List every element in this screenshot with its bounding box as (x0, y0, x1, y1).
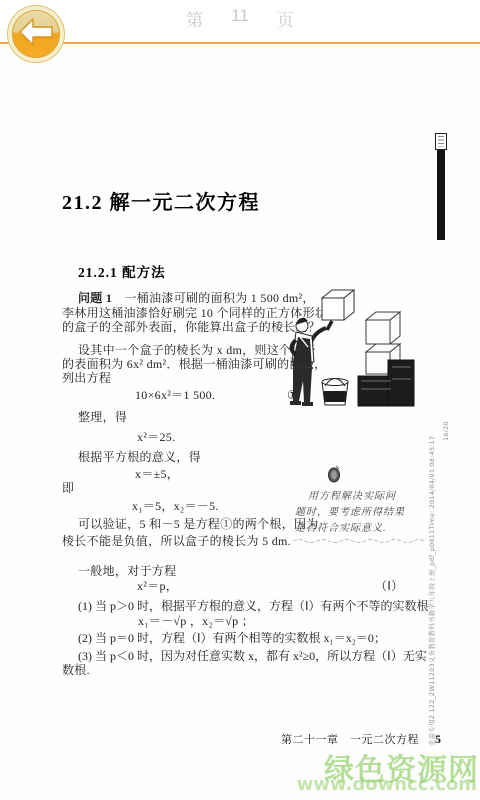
header-bar: 第 11 页 (0, 0, 480, 44)
seal-stamp-icon (327, 465, 341, 488)
ebook-reader-screen: { "header": { "prefix": "第", "page_numbe… (0, 0, 480, 800)
equation-1: 10×6x²＝1 500. (135, 388, 215, 402)
text-line: 整理，得 (78, 410, 127, 424)
equation-2: x²＝25. (137, 430, 175, 444)
scan-watermark-vertical-text: 张雷专用2.122_ZW11203义务教育教科书数学九年级上册_pdf_p001… (427, 436, 436, 746)
page-fraction-label: 16/20 (442, 421, 450, 441)
subsection-title: 21.2.1 配方法 (78, 261, 166, 281)
equation-5: x²＝p， (137, 579, 178, 593)
page-indicator: 第 11 页 (0, 6, 480, 31)
problem-label: 问题 1 (78, 291, 112, 305)
equation-3: x＝±5， (135, 467, 179, 481)
page-indicator-suffix: 页 (277, 6, 294, 31)
text-line: 即 (62, 481, 74, 495)
page-indicator-prefix: 第 (186, 6, 203, 31)
margin-note-line-2: 题时，要考虑所得结果 (295, 503, 405, 518)
back-button[interactable] (7, 5, 65, 63)
equation-5-label: （Ⅰ） (375, 579, 403, 593)
case-3-line: (3) 当 p＜0 时，因为对任意实数 x，都有 x²≥0，所以方程（Ⅰ）无实 (78, 649, 427, 663)
back-button-face (12, 10, 60, 58)
case-2-line: (2) 当 p＝0 时，方程（Ⅰ）有两个相等的实数根 x₁＝x₂＝0； (78, 631, 386, 645)
chapter-tab-seal (435, 133, 447, 150)
page-indicator-number: 11 (231, 6, 249, 31)
margin-note-line-1: 用方程解决实际问 (308, 487, 396, 502)
left-arrow-icon (19, 18, 53, 51)
text-line: 可以验证，5 和－5 是方程①的两个根，因为 (78, 517, 319, 531)
painter-cubes-illustration (266, 284, 424, 426)
header-divider (0, 42, 480, 44)
margin-note-underline (293, 531, 433, 549)
site-watermark-url: www.downcc.com (297, 774, 477, 795)
chapter-tab-marker (437, 150, 445, 240)
equation-6: x₁＝－√p ，x₂＝√p ； (138, 614, 254, 628)
equation-4: x₁＝5，x₂＝－5. (132, 499, 219, 513)
text-line: 棱长不能是负值，所以盒子的棱长为 5 dm. (62, 534, 291, 548)
text-line: 列出方程 (62, 371, 111, 385)
text-line: 一般地，对于方程 (78, 564, 176, 578)
footer-page-number: 5 (435, 732, 442, 746)
case-1-line: (1) 当 p＞0 时，根据平方根的意义，方程（Ⅰ）有两个不等的实数根 (78, 599, 429, 613)
case-3-line-2: 数根. (62, 663, 90, 677)
section-title: 21.2 解一元二次方程 (62, 186, 260, 215)
text-line: 根据平方根的意义，得 (78, 450, 201, 464)
